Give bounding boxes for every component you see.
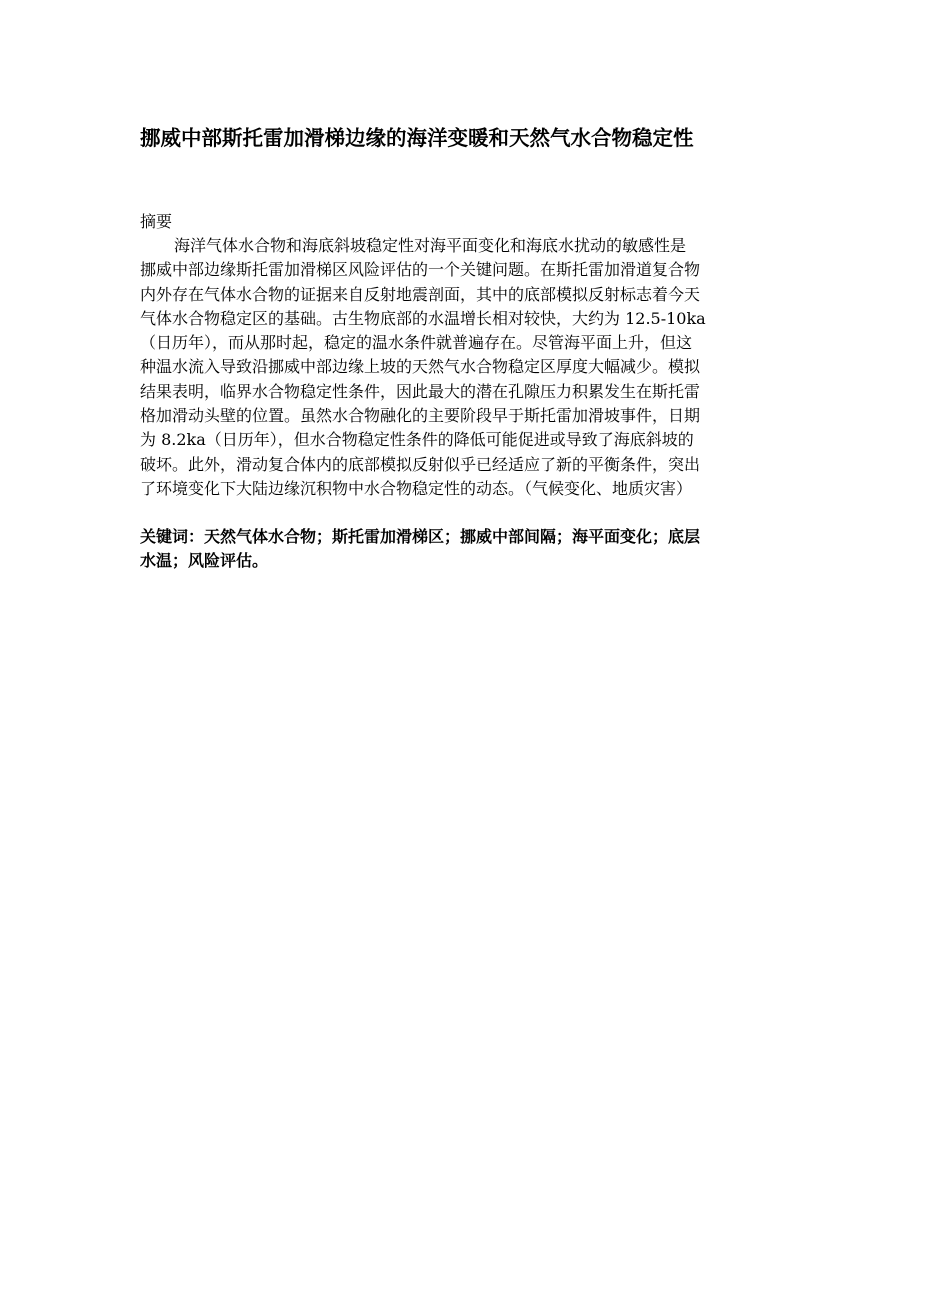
abstract-line: 内外存在气体水合物的证据来自反射地震剖面，其中的底部模拟反射标志着今天 xyxy=(140,283,800,307)
abstract-line: 格加滑动头壁的位置。虽然水合物融化的主要阶段早于斯托雷加滑坡事件，日期 xyxy=(140,404,800,428)
abstract-line: 挪威中部边缘斯托雷加滑梯区风险评估的一个关键问题。在斯托雷加滑道复合物 xyxy=(140,258,800,282)
abstract-line: 破坏。此外，滑动复合体内的底部模拟反射似乎已经适应了新的平衡条件，突出 xyxy=(140,453,800,477)
abstract-heading: 摘要 xyxy=(140,210,172,234)
abstract-line: 气体水合物稳定区的基础。古生物底部的水温增长相对较快，大约为 12.5-10ka xyxy=(140,307,800,331)
abstract-line: （日历年），而从那时起，稳定的温水条件就普遍存在。尽管海平面上升，但这 xyxy=(140,331,800,355)
abstract-line: 了环境变化下大陆边缘沉积物中水合物稳定性的动态。（气候变化、地质灾害） xyxy=(140,477,800,501)
abstract-body: 海洋气体水合物和海底斜坡稳定性对海平面变化和海底水扰动的敏感性是 挪威中部边缘斯… xyxy=(140,234,800,501)
keywords: 关键词：天然气体水合物；斯托雷加滑梯区；挪威中部间隔；海平面变化；底层 水温；风… xyxy=(140,525,800,573)
abstract-line: 结果表明，临界水合物稳定性条件，因此最大的潜在孔隙压力积累发生在斯托雷 xyxy=(140,380,800,404)
paper-title: 挪威中部斯托雷加滑梯边缘的海洋变暖和天然气水合物稳定性 xyxy=(140,123,800,153)
abstract-line: 为 8.2ka（日历年），但水合物稳定性条件的降低可能促进或导致了海底斜坡的 xyxy=(140,428,800,452)
abstract-line: 种温水流入导致沿挪威中部边缘上坡的天然气水合物稳定区厚度大幅减少。模拟 xyxy=(140,355,800,379)
keywords-line: 水温；风险评估。 xyxy=(140,549,800,573)
keywords-line: 关键词：天然气体水合物；斯托雷加滑梯区；挪威中部间隔；海平面变化；底层 xyxy=(140,525,800,549)
abstract-line: 海洋气体水合物和海底斜坡稳定性对海平面变化和海底水扰动的敏感性是 xyxy=(140,234,800,258)
